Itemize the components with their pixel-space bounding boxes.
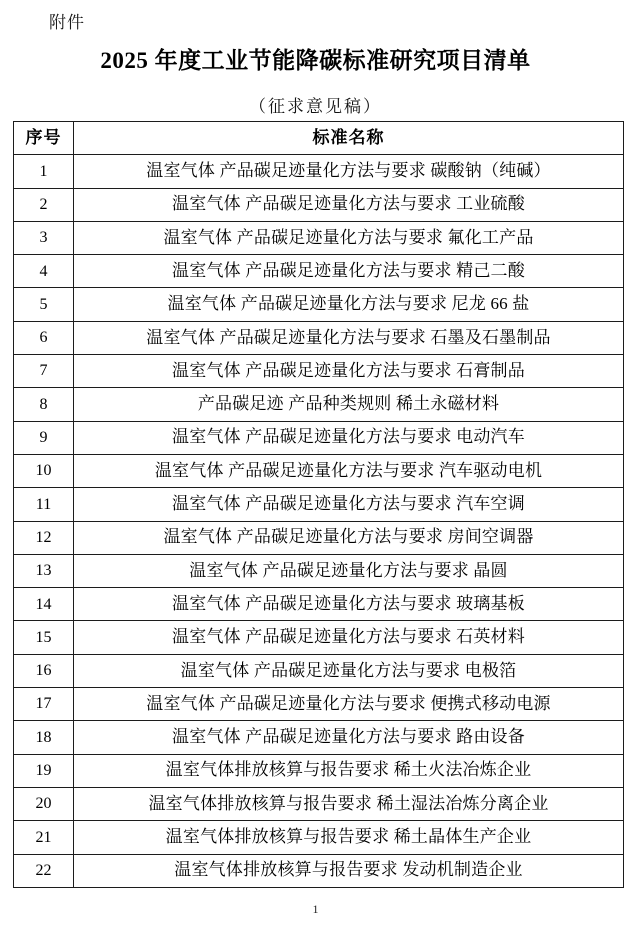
- table-body: 1 温室气体 产品碳足迹量化方法与要求 碳酸钠（纯碱） 2 温室气体 产品碳足迹…: [14, 155, 624, 888]
- header-name: 标准名称: [74, 122, 624, 155]
- row-seq: 7: [14, 355, 74, 388]
- row-name: 温室气体 产品碳足迹量化方法与要求 便携式移动电源: [74, 688, 624, 721]
- table-row: 9 温室气体 产品碳足迹量化方法与要求 电动汽车: [14, 421, 624, 454]
- row-name: 温室气体 产品碳足迹量化方法与要求 晶圆: [74, 554, 624, 587]
- row-name: 温室气体排放核算与报告要求 发动机制造企业: [74, 854, 624, 887]
- row-name: 温室气体 产品碳足迹量化方法与要求 房间空调器: [74, 521, 624, 554]
- row-seq: 5: [14, 288, 74, 321]
- row-seq: 2: [14, 188, 74, 221]
- table-row: 14 温室气体 产品碳足迹量化方法与要求 玻璃基板: [14, 588, 624, 621]
- table-row: 15 温室气体 产品碳足迹量化方法与要求 石英材料: [14, 621, 624, 654]
- header-seq: 序号: [14, 122, 74, 155]
- row-name: 产品碳足迹 产品种类规则 稀土永磁材料: [74, 388, 624, 421]
- row-seq: 22: [14, 854, 74, 887]
- standards-table: 序号 标准名称 1 温室气体 产品碳足迹量化方法与要求 碳酸钠（纯碱） 2 温室…: [13, 121, 624, 888]
- table-header: 序号 标准名称: [14, 122, 624, 155]
- attachment-label: 附件: [49, 8, 85, 33]
- row-name: 温室气体 产品碳足迹量化方法与要求 工业硫酸: [74, 188, 624, 221]
- table-row: 2 温室气体 产品碳足迹量化方法与要求 工业硫酸: [14, 188, 624, 221]
- row-seq: 4: [14, 255, 74, 288]
- table-row: 17 温室气体 产品碳足迹量化方法与要求 便携式移动电源: [14, 688, 624, 721]
- row-name: 温室气体 产品碳足迹量化方法与要求 路由设备: [74, 721, 624, 754]
- row-seq: 11: [14, 488, 74, 521]
- row-seq: 15: [14, 621, 74, 654]
- row-seq: 9: [14, 421, 74, 454]
- row-name: 温室气体 产品碳足迹量化方法与要求 碳酸钠（纯碱）: [74, 155, 624, 188]
- page-title: 2025 年度工业节能降碳标准研究项目清单: [0, 42, 631, 75]
- table-row: 21 温室气体排放核算与报告要求 稀土晶体生产企业: [14, 821, 624, 854]
- table-row: 16 温室气体 产品碳足迹量化方法与要求 电极箔: [14, 654, 624, 687]
- table-row: 7 温室气体 产品碳足迹量化方法与要求 石膏制品: [14, 355, 624, 388]
- row-name: 温室气体 产品碳足迹量化方法与要求 汽车驱动电机: [74, 454, 624, 487]
- table-row: 12 温室气体 产品碳足迹量化方法与要求 房间空调器: [14, 521, 624, 554]
- row-seq: 19: [14, 754, 74, 787]
- row-seq: 1: [14, 155, 74, 188]
- table-row: 8 产品碳足迹 产品种类规则 稀土永磁材料: [14, 388, 624, 421]
- table-row: 11 温室气体 产品碳足迹量化方法与要求 汽车空调: [14, 488, 624, 521]
- row-seq: 6: [14, 321, 74, 354]
- page-subtitle: （征求意见稿）: [0, 92, 631, 117]
- row-name: 温室气体 产品碳足迹量化方法与要求 精己二酸: [74, 255, 624, 288]
- table-row: 19 温室气体排放核算与报告要求 稀土火法冶炼企业: [14, 754, 624, 787]
- row-name: 温室气体排放核算与报告要求 稀土火法冶炼企业: [74, 754, 624, 787]
- row-name: 温室气体 产品碳足迹量化方法与要求 汽车空调: [74, 488, 624, 521]
- row-seq: 14: [14, 588, 74, 621]
- row-seq: 10: [14, 454, 74, 487]
- row-name: 温室气体 产品碳足迹量化方法与要求 石膏制品: [74, 355, 624, 388]
- table-row: 4 温室气体 产品碳足迹量化方法与要求 精己二酸: [14, 255, 624, 288]
- row-seq: 8: [14, 388, 74, 421]
- row-seq: 17: [14, 688, 74, 721]
- row-name: 温室气体 产品碳足迹量化方法与要求 石墨及石墨制品: [74, 321, 624, 354]
- row-name: 温室气体 产品碳足迹量化方法与要求 电极箔: [74, 654, 624, 687]
- row-seq: 12: [14, 521, 74, 554]
- row-seq: 18: [14, 721, 74, 754]
- table-row: 18 温室气体 产品碳足迹量化方法与要求 路由设备: [14, 721, 624, 754]
- table-row: 13 温室气体 产品碳足迹量化方法与要求 晶圆: [14, 554, 624, 587]
- page-number: 1: [0, 902, 631, 917]
- table-row: 22 温室气体排放核算与报告要求 发动机制造企业: [14, 854, 624, 887]
- row-seq: 21: [14, 821, 74, 854]
- row-name: 温室气体 产品碳足迹量化方法与要求 氟化工产品: [74, 221, 624, 254]
- row-name: 温室气体 产品碳足迹量化方法与要求 玻璃基板: [74, 588, 624, 621]
- table-row: 3 温室气体 产品碳足迹量化方法与要求 氟化工产品: [14, 221, 624, 254]
- row-name: 温室气体 产品碳足迹量化方法与要求 石英材料: [74, 621, 624, 654]
- row-seq: 13: [14, 554, 74, 587]
- table-row: 10 温室气体 产品碳足迹量化方法与要求 汽车驱动电机: [14, 454, 624, 487]
- table-row: 20 温室气体排放核算与报告要求 稀土湿法冶炼分离企业: [14, 787, 624, 820]
- row-name: 温室气体排放核算与报告要求 稀土湿法冶炼分离企业: [74, 787, 624, 820]
- table-row: 6 温室气体 产品碳足迹量化方法与要求 石墨及石墨制品: [14, 321, 624, 354]
- table-header-row: 序号 标准名称: [14, 122, 624, 155]
- document-page: 附件 2025 年度工业节能降碳标准研究项目清单 （征求意见稿） 序号 标准名称…: [0, 0, 631, 929]
- table-row: 1 温室气体 产品碳足迹量化方法与要求 碳酸钠（纯碱）: [14, 155, 624, 188]
- row-name: 温室气体排放核算与报告要求 稀土晶体生产企业: [74, 821, 624, 854]
- table-row: 5 温室气体 产品碳足迹量化方法与要求 尼龙 66 盐: [14, 288, 624, 321]
- row-name: 温室气体 产品碳足迹量化方法与要求 电动汽车: [74, 421, 624, 454]
- row-name: 温室气体 产品碳足迹量化方法与要求 尼龙 66 盐: [74, 288, 624, 321]
- row-seq: 3: [14, 221, 74, 254]
- row-seq: 16: [14, 654, 74, 687]
- row-seq: 20: [14, 787, 74, 820]
